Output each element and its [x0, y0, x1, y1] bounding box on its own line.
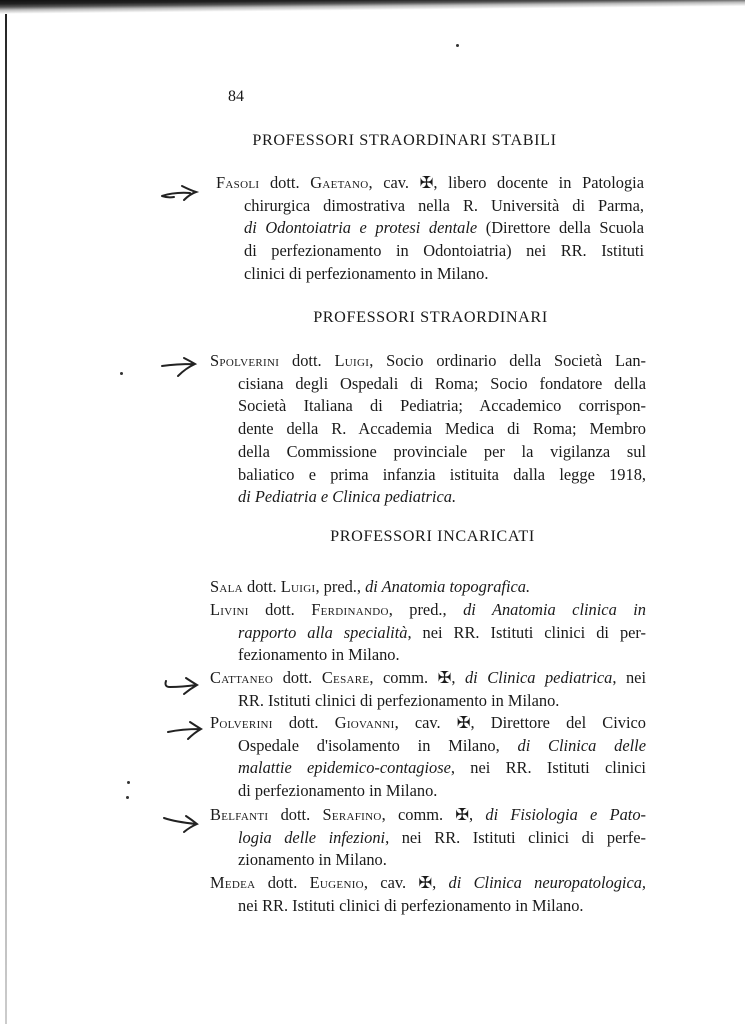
entry-text: chirurgica dimostrativa nella R. Univers…	[216, 195, 644, 218]
surname: Belfanti	[210, 805, 268, 824]
entry-sala: Sala dott. Luigi, pred., di Anatomia top…	[210, 576, 646, 599]
given-name: Luigi	[281, 577, 316, 596]
entry-text: di perfezionamento in Milano.	[210, 780, 646, 803]
entry-livini: Livini dott. Ferdinando, pred., di Anato…	[210, 599, 646, 667]
section-heading-incaricati: PROFESSORI INCARICATI	[60, 527, 745, 546]
scan-speck	[456, 44, 459, 47]
entry-text: della Commissione provinciale per la vig…	[210, 441, 646, 464]
hand-drawn-arrow-icon	[160, 356, 200, 378]
entry-text: baliatico e prima infanzia istituita dal…	[210, 464, 646, 487]
given-name: Serafino	[322, 805, 381, 824]
surname: Livini	[210, 600, 249, 619]
entry-text: , nei	[612, 668, 646, 687]
scan-speck	[126, 796, 129, 799]
surname: Sala	[210, 577, 243, 596]
document-page: 84 PROFESSORI STRAORDINARI STABILI Fasol…	[0, 0, 745, 1024]
entry-text: , Socio ordinario della Società Lan-	[369, 351, 646, 370]
entry-text: , comm. ✠,	[382, 805, 486, 824]
entry-text: , pred.,	[315, 577, 365, 596]
title-text: dott.	[268, 805, 322, 824]
title-text: dott.	[273, 668, 322, 687]
surname: Cattaneo	[210, 668, 273, 687]
entry-text: nei RR. Istituti clinici di perfezioname…	[210, 895, 646, 918]
title-text: dott.	[259, 173, 310, 192]
course-italic: malattie epidemico-contagiose	[238, 758, 451, 777]
hand-drawn-arrow-icon	[166, 720, 206, 742]
entry-text: cisiana degli Ospedali di Roma; Socio fo…	[210, 373, 646, 396]
entry-text: RR. Istituti clinici di perfezionamento …	[210, 690, 646, 713]
entry-text: dente della R. Accademia Medica di Roma;…	[210, 418, 646, 441]
entry-text: clinici di perfezionamento in Milano.	[216, 263, 644, 286]
given-name: Gaetano	[310, 173, 368, 192]
course-italic: logia delle infezioni	[238, 828, 385, 847]
course-italic: rapporto alla specialità	[238, 623, 407, 642]
entry-text: , comm. ✠,	[369, 668, 465, 687]
scan-speck	[127, 781, 130, 784]
title-text: dott.	[279, 351, 334, 370]
title-text: dott.	[255, 873, 309, 892]
entry-text: di perfezionamento in Odontoiatria) nei …	[216, 240, 644, 263]
entry-cattaneo: Cattaneo dott. Cesare, comm. ✠, di Clini…	[210, 667, 646, 712]
entry-text: , pred.,	[389, 600, 463, 619]
course-italic: di Pediatria e Clinica pediatrica.	[210, 486, 646, 509]
entry-text: zionamento in Milano.	[210, 849, 646, 872]
section-heading-straordinari: PROFESSORI STRAORDINARI	[58, 308, 745, 327]
scan-speck	[120, 372, 123, 375]
title-text: dott.	[249, 600, 312, 619]
entry-text: , cav. ✠, Direttore del Civico	[395, 713, 646, 732]
hand-drawn-arrow-icon	[162, 675, 202, 697]
entry-belfanti: Belfanti dott. Serafino, comm. ✠, di Fis…	[210, 804, 646, 872]
entry-text: (Direttore della Scuola	[477, 218, 644, 237]
entry-spolverini: Spolverini dott. Luigi, Socio ordinario …	[210, 350, 646, 509]
title-text: dott.	[243, 577, 281, 596]
entry-polverini: Polverini dott. Giovanni, cav. ✠, Dirett…	[210, 712, 646, 803]
course-italic: di Odontoiatria e protesi dentale	[244, 218, 477, 237]
given-name: Cesare	[322, 668, 370, 687]
course-italic: di Anatomia clinica in	[463, 600, 646, 619]
entry-text: , cav. ✠, libero docente in Patologia	[369, 173, 645, 192]
entry-fasoli: Fasoli dott. Gaetano, cav. ✠, libero doc…	[216, 172, 644, 286]
section-heading-straordinari-stabili: PROFESSORI STRAORDINARI STABILI	[32, 131, 745, 150]
surname: Medea	[210, 873, 255, 892]
title-text: dott.	[273, 713, 335, 732]
surname: Polverini	[210, 713, 273, 732]
course-italic: di Anatomia topografica.	[365, 577, 530, 596]
surname: Fasoli	[216, 173, 259, 192]
entry-text: , cav. ✠,	[364, 873, 449, 892]
given-name: Luigi	[334, 351, 369, 370]
entry-text: Società Italiana di Pediatria; Accademic…	[210, 395, 646, 418]
course-italic: di Clinica neuropatologica,	[449, 873, 646, 892]
course-italic: di Clinica pediatrica	[465, 668, 612, 687]
entry-text: Ospedale d'isolamento in Milano,	[238, 736, 518, 755]
given-name: Giovanni	[335, 713, 395, 732]
hand-drawn-arrow-icon	[162, 812, 202, 834]
entry-text: , nei RR. Istituti clinici di per-	[407, 623, 646, 642]
hand-drawn-arrow-icon	[160, 180, 200, 202]
course-italic: di Clinica delle	[518, 736, 646, 755]
surname: Spolverini	[210, 351, 279, 370]
entry-medea: Medea dott. Eugenio, cav. ✠, di Clinica …	[210, 872, 646, 917]
given-name: Ferdinando	[311, 600, 389, 619]
entry-text: , nei RR. Istituti clinici	[451, 758, 646, 777]
page-number: 84	[228, 88, 244, 106]
course-italic: di Fisiologia e Pato-	[485, 805, 646, 824]
entry-text: fezionamento in Milano.	[210, 644, 646, 667]
given-name: Eugenio	[310, 873, 364, 892]
entry-text: , nei RR. Istituti clinici di perfe-	[385, 828, 646, 847]
